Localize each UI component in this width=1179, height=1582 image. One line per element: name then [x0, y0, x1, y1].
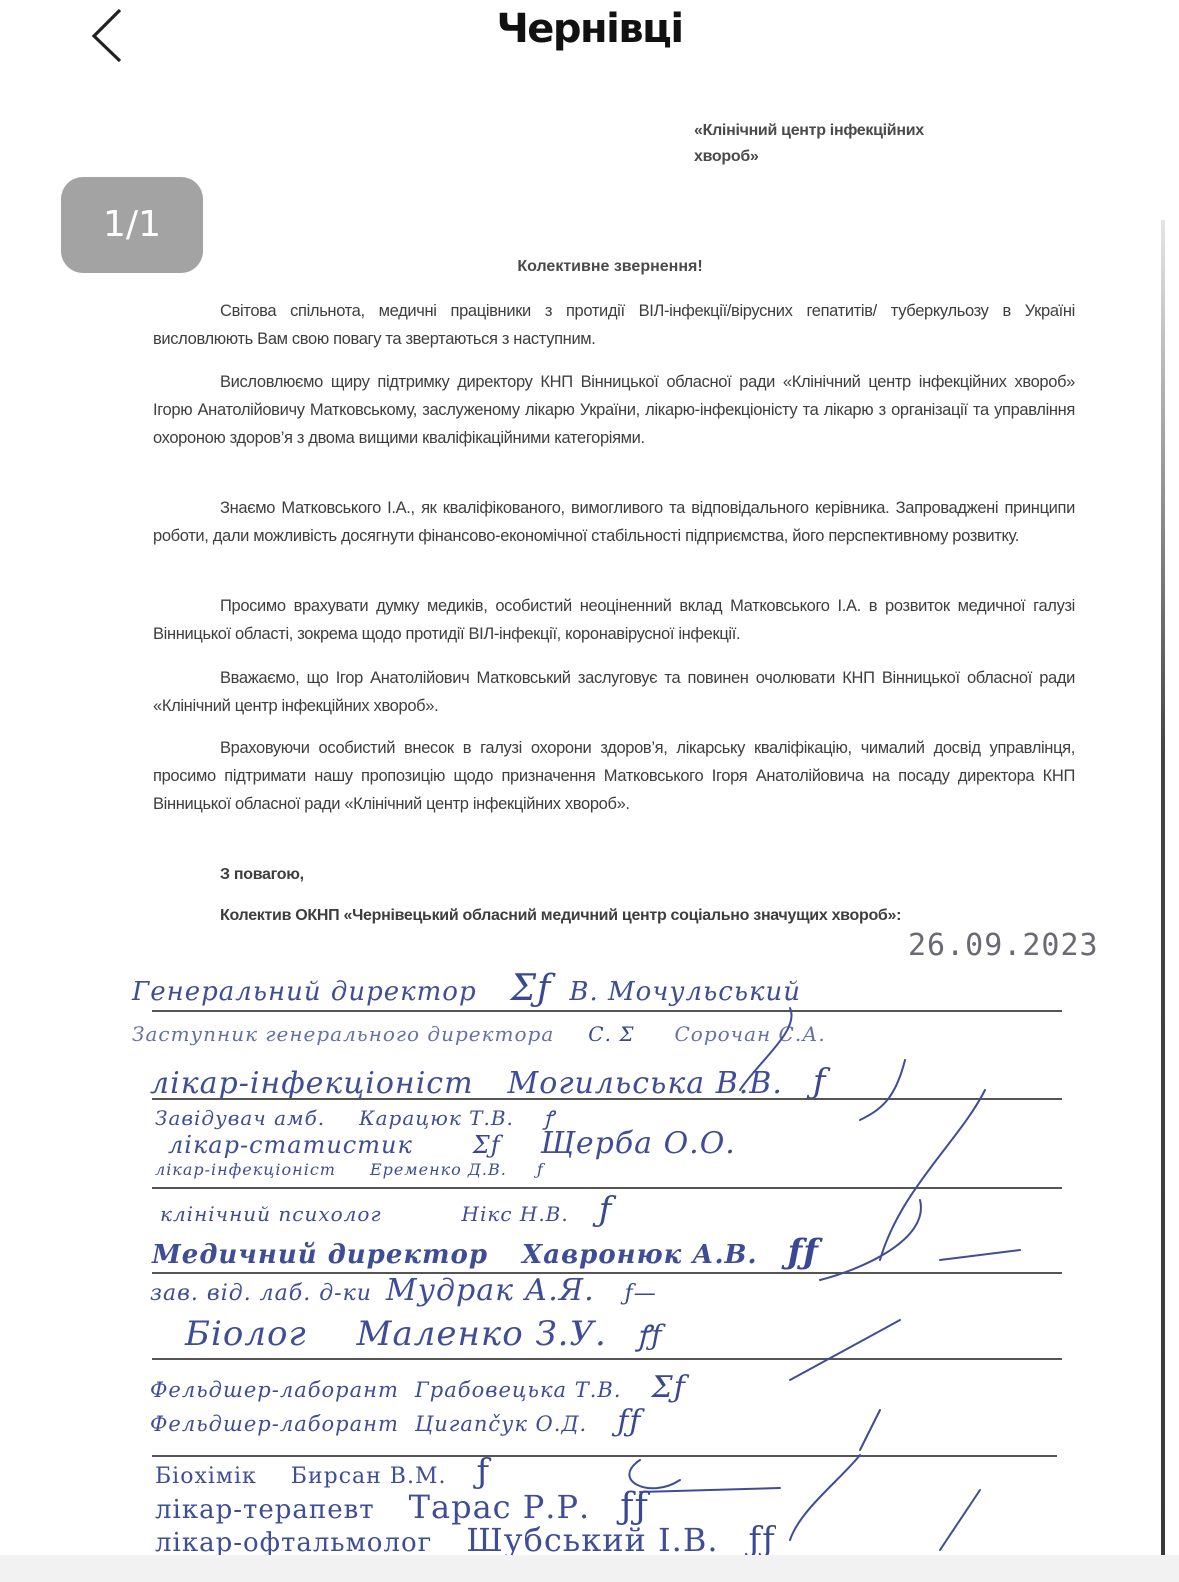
signature-row: лікар-інфекціоністЕременко Д.В.ƒ [155, 1160, 544, 1179]
signer-role: Біолог [185, 1314, 307, 1354]
signature-row: зав. від. лаб. д-киМудрак А.Я.ƒ— [150, 1273, 657, 1308]
signer-name: Грабовецька Т.В. [415, 1378, 622, 1402]
paragraph-2: Висловлюємо щиру підтримку директору КНП… [153, 368, 1075, 452]
signature-rule [152, 1010, 1062, 1012]
signature-mark: Ʃƒ [473, 1131, 501, 1159]
signer-role: лікар-статистик [168, 1131, 413, 1159]
paragraph-5: Вважаємо, що Ігор Анатолійович Матковськ… [153, 664, 1075, 720]
signature-row: лікар-інфекціоністМогильська В.В.ƒ [150, 1062, 826, 1102]
signature-mark: ƒ [813, 1062, 827, 1102]
paragraph-3: Знаємо Матковського І.А., як кваліфікова… [153, 494, 1075, 550]
signer-name: Мудрак А.Я. [386, 1273, 595, 1308]
signer-role: лікар-інфекціоніст [150, 1066, 474, 1101]
signature-rule [152, 1187, 1062, 1189]
signature-mark: Ʃƒ [511, 968, 552, 1009]
signer-name: Нікс Н.В. [462, 1202, 569, 1226]
paragraph-4: Просимо врахувати думку медиків, особист… [153, 592, 1075, 648]
signer-role: Заступник генерального директора [132, 1022, 554, 1046]
signature-rule [152, 1358, 1062, 1360]
signer-name: Шубський І.В. [466, 1521, 718, 1555]
signature-row: Фельдшер-лаборантЦигančук О.Д.ƒƒ [150, 1404, 641, 1439]
signer-role: Фельдшер-лаборант [150, 1378, 399, 1402]
signer-name: Могильська В.В. [508, 1066, 783, 1101]
signature-mark: ƒƒ [749, 1520, 776, 1555]
recipient-line: хвороб» [694, 144, 1014, 170]
collective-signatory: Колектив ОКНП «Чернівецький обласний мед… [220, 907, 901, 925]
signature-row: лікар-офтальмологШубський І.В.ƒƒ [155, 1520, 776, 1555]
signature-rule [152, 1098, 1062, 1100]
signer-name: Щерба О.О. [541, 1126, 736, 1161]
signer-name: Цигančук О.Д. [415, 1412, 587, 1436]
recipient-block: «Клінічний центр інфекційних хвороб» [694, 118, 1014, 170]
signature-row: клінічний психологНікс Н.В.ƒ [160, 1190, 612, 1230]
signature-mark: ꝭƒ [637, 1316, 663, 1354]
signature-mark: ƒƒ [617, 1404, 641, 1439]
signer-name: Сорочан С.А. [674, 1022, 825, 1046]
signature-row: Генеральний директорƩƒВ. Мочульський [132, 968, 831, 1009]
signature-mark: С. Ʃ [588, 1022, 634, 1046]
signer-role: лікар-інфекціоніст [155, 1160, 336, 1179]
bottom-bar [0, 1555, 1179, 1582]
signer-role: клінічний психолог [160, 1202, 382, 1226]
signature-mark: Ʃƒ [652, 1370, 686, 1405]
scan-page-edge [1161, 220, 1165, 1555]
signer-role: Фельдшер-лаборант [150, 1412, 399, 1436]
signer-role: Генеральний директор [132, 977, 477, 1007]
page-indicator: 1/1 [61, 177, 203, 273]
signature-mark: ƒ [537, 1160, 544, 1179]
signer-name: Хавронюк А.В. [522, 1240, 758, 1270]
signer-name: Маленко З.У. [357, 1314, 607, 1354]
signature-row: Медичний директорХавронюк А.В.ƒƒ [152, 1232, 819, 1272]
recipient-line: «Клінічний центр інфекційних [694, 118, 1014, 144]
signature-row: БіологМаленко З.У.ꝭƒ [185, 1314, 662, 1354]
paragraph-6: Враховуючи особистий внесок в галузі охо… [153, 734, 1075, 818]
paragraph-1: Світова спільнота, медичні працівники з … [153, 297, 1075, 353]
closing-salutation: З повагою, [220, 866, 304, 884]
handwritten-date: 26.09.2023 [908, 928, 1099, 963]
signature-mark: ƒ [599, 1190, 613, 1230]
signature-row: лікар-статистикƩƒЩерба О.О. [168, 1126, 766, 1161]
signer-role: Медичний директор [152, 1240, 488, 1270]
signer-role: зав. від. лаб. д-ки [150, 1281, 372, 1306]
signature-row: Заступник генерального директораС. ƩСоро… [132, 1022, 856, 1046]
signer-name: В. Мочульський [569, 977, 801, 1007]
signature-mark: ƒƒ [788, 1232, 819, 1272]
signature-row: Фельдшер-лаборантГрабовецька Т.В.Ʃƒ [150, 1370, 686, 1405]
signature-mark: ƒ— [625, 1281, 657, 1306]
signer-name: Еременко Д.В. [370, 1160, 507, 1179]
signer-role: лікар-офтальмолог [155, 1528, 432, 1555]
